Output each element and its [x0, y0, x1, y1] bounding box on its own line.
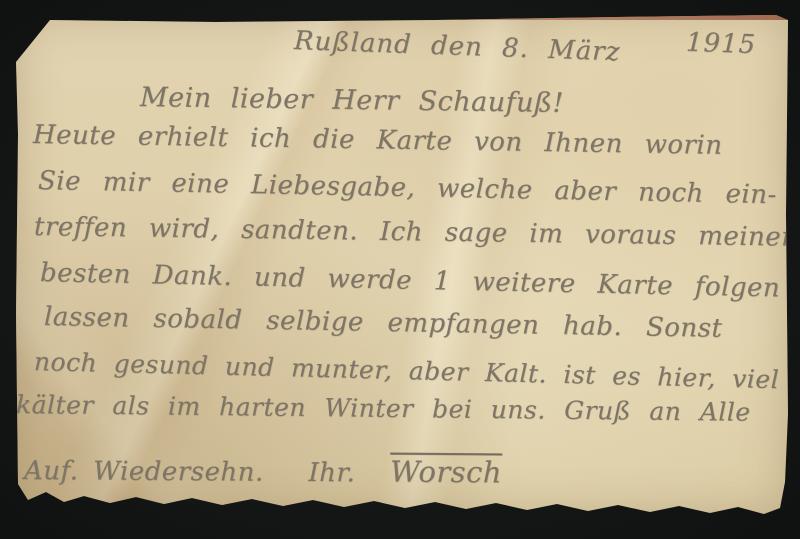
date-line: Rußland den 8. März 1915 [293, 26, 756, 72]
place-and-date-text: Rußland den 8. März [293, 26, 620, 67]
year-text: 1915 [685, 28, 756, 60]
postcard-paper: Rußland den 8. März 1915 Mein lieber Her… [16, 14, 788, 516]
signature: Worsch [390, 455, 502, 490]
body-line: kälter als im harten Winter bei uns. Gru… [16, 390, 751, 427]
salutation-line: Mein lieber Herr Schaufuß! [140, 82, 564, 119]
body-line: noch gesund und munter, aber Kalt. ist e… [34, 347, 780, 394]
body-line: besten Dank. und werde 1 weitere Karte f… [40, 258, 781, 303]
signature-prefix: Ihr. [308, 458, 355, 488]
closing-text: Auf. Wiedersehn. [24, 456, 264, 488]
body-line: treffen wird, sandten. Ich sage im vorau… [34, 212, 799, 253]
closing-line: Auf. Wiedersehn. Ihr. Worsch [24, 452, 502, 489]
body-line: Sie mir eine Liebesgabe, welche aber noc… [38, 166, 777, 210]
body-line: lassen sobald selbige empfangen hab. Son… [44, 302, 723, 344]
top-edge-stain [46, 14, 788, 20]
body-line: Heute erhielt ich die Karte von Ihnen wo… [33, 120, 723, 161]
scan-background: Rußland den 8. März 1915 Mein lieber Her… [0, 0, 800, 539]
